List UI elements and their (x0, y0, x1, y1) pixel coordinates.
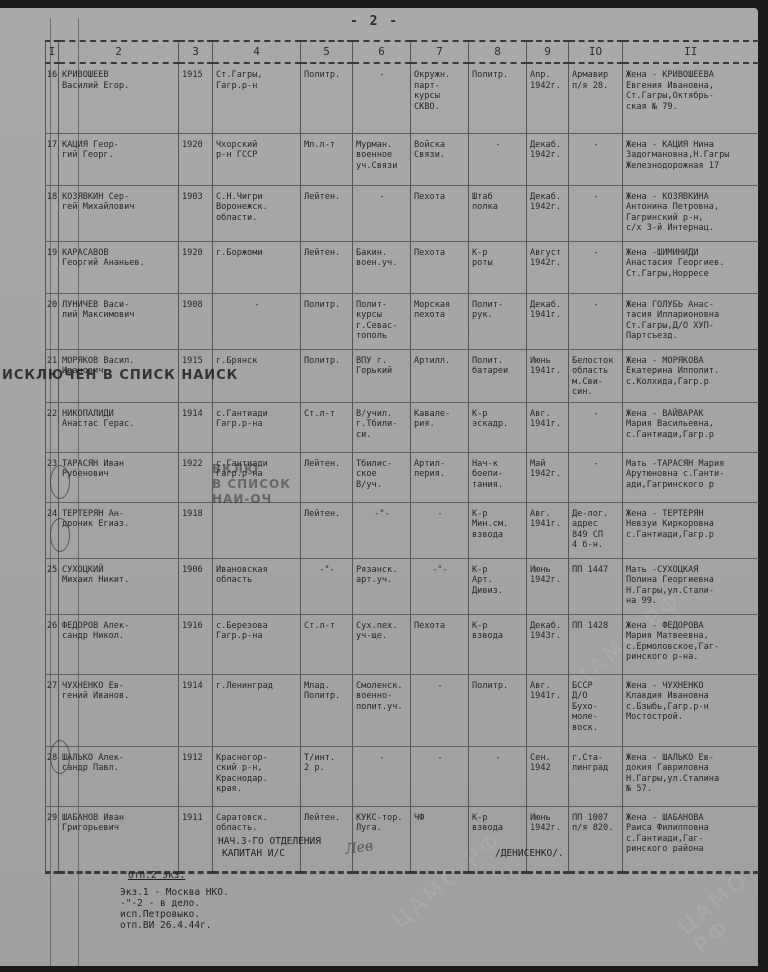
birth-year: 1920 (179, 241, 213, 293)
full-name: КРИВОШЕЕВ Василий Егор. (59, 63, 179, 133)
row-number: 17 (46, 133, 59, 185)
education: Рязанск. арт.уч. (353, 558, 411, 614)
included-stamp: ВКЛЮ В СПИСОК НАИ-ОЧ (212, 462, 291, 507)
row-number: 27 (46, 674, 59, 746)
rank: Ст.л-т (301, 402, 353, 452)
position: Нач-к боепи- тания. (469, 452, 527, 502)
birthplace: С.Н.Чигри Воронежск. области. (213, 185, 301, 241)
education: Тбилис- ское В/уч. (353, 452, 411, 502)
family-contact: Жена - ШАЛЬКО Ев- докия Гавриловна Н.Гаг… (623, 746, 759, 806)
full-name: КАРАСАВОВ Георгий Ананьев. (59, 241, 179, 293)
circle-mark (50, 740, 70, 774)
education: Смоленск. военно- полит.уч. (353, 674, 411, 746)
service-branch: Морская пехота (411, 293, 469, 349)
education: В/учил. г.Тбили- си. (353, 402, 411, 452)
family-contact: Жена - КОЗЯВКИНА Антонина Петровна, Гагр… (623, 185, 759, 241)
col-header: 4 (213, 41, 301, 63)
birthplace: г.Ленинград (213, 674, 301, 746)
family-contact: Жена -ШИМИНИДИ Анастасия Георгиев. Ст.Га… (623, 241, 759, 293)
birthplace: с.Березова Гагр.р-на (213, 614, 301, 674)
education: Мурман. военное уч.Связи (353, 133, 411, 185)
family-contact: Жена - ЧУХНЕНКО Клавдия Ивановна с.Бзыбь… (623, 674, 759, 746)
birthplace (213, 502, 301, 558)
col-header: 3 (179, 41, 213, 63)
position-line-1: НАЧ.3-ГО ОТДЕЛЕНИЯ (218, 836, 321, 847)
full-name: ШАБАНОВ Иван Григорьевич (59, 806, 179, 872)
date: Июнь 1942г. (527, 558, 569, 614)
education: - (353, 746, 411, 806)
service-branch: Кавале- рия. (411, 402, 469, 452)
col-header: II (623, 41, 759, 63)
family-contact: Жена - КАЦИЯ Нина Задогмановна,Н.Гагры Ж… (623, 133, 759, 185)
last-location: - (569, 133, 623, 185)
last-location: ПП 1428 (569, 614, 623, 674)
service-branch: Пехота (411, 614, 469, 674)
position: Политр. (469, 674, 527, 746)
birth-year: 1911 (179, 806, 213, 872)
last-location: - (569, 293, 623, 349)
rank: Лейтен. (301, 241, 353, 293)
birth-year: 1908 (179, 293, 213, 349)
birth-year: 1903 (179, 185, 213, 241)
position: - (469, 133, 527, 185)
col-header: 7 (411, 41, 469, 63)
table-row: 28ШАЛЬКО Алек- сандр Павл.1912Красногор-… (46, 746, 759, 806)
last-location: БССР Д/О Бухо- моле- воск. (569, 674, 623, 746)
birthplace: с.Гантиади Гагр.р-на (213, 402, 301, 452)
rank: Ст.л-т (301, 614, 353, 674)
table-row: 17КАЦИЯ Геор- гий Георг.1920Чхорский р-н… (46, 133, 759, 185)
circle-mark (50, 465, 70, 499)
birth-year: 1915 (179, 63, 213, 133)
rank: Лейтен. (301, 502, 353, 558)
education: Полит- курсы г.Севас- тополь (353, 293, 411, 349)
col-header: 6 (353, 41, 411, 63)
excluded-stamp: ИСКЛЮЧЕН В СПИСК НАИСК (2, 368, 238, 383)
service-branch: ЧФ (411, 806, 469, 872)
birth-year: 1918 (179, 502, 213, 558)
birth-year: 1920 (179, 133, 213, 185)
copies-distribution: Экз.1 - Москва НКО. -"-2 - в дело. исп.П… (120, 887, 229, 931)
last-location: Армавир п/я 28. (569, 63, 623, 133)
last-location: - (569, 185, 623, 241)
table-row: 24ТЕРТЕРЯН Ан- дроник Егиаз.1918Лейтен.-… (46, 502, 759, 558)
position: Полит- рук. (469, 293, 527, 349)
service-branch: Артилл. (411, 349, 469, 402)
birthplace: Красногор- ский р-н, Краснодар. края. (213, 746, 301, 806)
full-name: ТАРАСЯН Иван Рубенович (59, 452, 179, 502)
birth-year: 1916 (179, 614, 213, 674)
position-line-2: КАПИТАН И/С (222, 848, 285, 859)
position: Штаб полка (469, 185, 527, 241)
birthplace: Ивановская область (213, 558, 301, 614)
full-name: КАЦИЯ Геор- гий Георг. (59, 133, 179, 185)
birthplace: Чхорский р-н ГССР (213, 133, 301, 185)
page-number: - 2 - (350, 14, 399, 29)
date: Июнь 1942г. (527, 806, 569, 872)
table-row: 19КАРАСАВОВ Георгий Ананьев.1920г.Боржом… (46, 241, 759, 293)
rank: Политр. (301, 349, 353, 402)
last-location: - (569, 402, 623, 452)
position: - (469, 746, 527, 806)
row-number: 19 (46, 241, 59, 293)
position: К-р эскадр. (469, 402, 527, 452)
date: Авг. 1941г. (527, 402, 569, 452)
watermark: ЦАМО РФ (674, 867, 768, 960)
family-contact: Жена - КРИВОШЕЕВА Евгения Ивановна, Ст.Г… (623, 63, 759, 133)
personnel-register-table: I 2 3 4 5 6 7 8 9 IO II 16КРИВОШЕЕВ Васи… (45, 40, 759, 874)
education: -"- (353, 502, 411, 558)
rank: Млад. Политр. (301, 674, 353, 746)
full-name: ТЕРТЕРЯН Ан- дроник Егиаз. (59, 502, 179, 558)
last-location: г.Ста- линград (569, 746, 623, 806)
date: Апр. 1942г. (527, 63, 569, 133)
position: К-р Арт. Дивиз. (469, 558, 527, 614)
service-branch: Войска Связи. (411, 133, 469, 185)
service-branch: Пехота (411, 185, 469, 241)
birth-year: 1914 (179, 402, 213, 452)
birth-year: 1912 (179, 746, 213, 806)
last-location: - (569, 452, 623, 502)
row-number: 20 (46, 293, 59, 349)
date: Май 1942г. (527, 452, 569, 502)
rank: Мл.л-т (301, 133, 353, 185)
family-contact: Жена - ВАЙВАРАК Мария Васильевна, с.Гант… (623, 402, 759, 452)
education: ВПУ г. Горький (353, 349, 411, 402)
full-name: СУХОЦКИЙ Михаил Никит. (59, 558, 179, 614)
education: Бакин. воен.уч. (353, 241, 411, 293)
date: Июнь 1941г. (527, 349, 569, 402)
education: - (353, 63, 411, 133)
table-row: 27ЧУХНЕНКО Ев- гений Иванов.1914г.Ленинг… (46, 674, 759, 746)
last-location: Белосток область м.Сви- син. (569, 349, 623, 402)
date: Авг. 1941г. (527, 674, 569, 746)
col-header: 2 (59, 41, 179, 63)
copies-title: Отп.2 экз. (128, 870, 185, 881)
row-number: 18 (46, 185, 59, 241)
col-header: 9 (527, 41, 569, 63)
rank: -"- (301, 558, 353, 614)
row-number: 29 (46, 806, 59, 872)
birthplace: г.Боржоми (213, 241, 301, 293)
family-contact: Мать -ТАРАСЯН Мария Арутюновна с.Ганти- … (623, 452, 759, 502)
full-name: НИКОПАЛИДИ Анастас Герас. (59, 402, 179, 452)
full-name: КОЗЯВКИН Сер- гей Михайлович (59, 185, 179, 241)
service-branch: - (411, 674, 469, 746)
family-contact: Жена - ТЕРТЕРЯН Невзуи Киркоровна с.Гант… (623, 502, 759, 558)
date: Сен. 1942 (527, 746, 569, 806)
service-branch: -"- (411, 558, 469, 614)
header-row: I 2 3 4 5 6 7 8 9 IO II (46, 41, 759, 63)
circle-mark (50, 518, 70, 552)
table-row: 18КОЗЯВКИН Сер- гей Михайлович1903С.Н.Чи… (46, 185, 759, 241)
service-branch: - (411, 746, 469, 806)
birth-year: 1914 (179, 674, 213, 746)
table-row: 29ШАБАНОВ Иван Григорьевич1911Саратовск.… (46, 806, 759, 872)
service-branch: Пехота (411, 241, 469, 293)
table-row: 23ТАРАСЯН Иван Рубенович1922с.Гантиади Г… (46, 452, 759, 502)
family-contact: Мать -СУХОЦКАЯ Полина Георгиевна Н.Гагры… (623, 558, 759, 614)
service-branch: Окружн. парт- курсы СКВО. (411, 63, 469, 133)
date: Авг. 1941г. (527, 502, 569, 558)
family-contact: Жена - ФЕДОРОВА Мария Матвеевна, с.Ермол… (623, 614, 759, 674)
row-number: 25 (46, 558, 59, 614)
position: Политр. (469, 63, 527, 133)
table-row: 22НИКОПАЛИДИ Анастас Герас.1914с.Гантиад… (46, 402, 759, 452)
last-location: Де-лог. адрес 849 СП 4 б-н. (569, 502, 623, 558)
rank: Т/инт. 2 р. (301, 746, 353, 806)
position: К-р взвода (469, 614, 527, 674)
full-name: ЧУХНЕНКО Ев- гений Иванов. (59, 674, 179, 746)
table-row: 16КРИВОШЕЕВ Василий Егор.1915Ст.Гагры, Г… (46, 63, 759, 133)
family-contact: Жена - МОРЯКОВА Екатерина Ипполит. с.Кол… (623, 349, 759, 402)
date: Август 1942г. (527, 241, 569, 293)
signatory-name: /ДЕНИСЕНКО/. (495, 848, 564, 859)
birth-year: 1922 (179, 452, 213, 502)
full-name: ФЕДОРОВ Алек- сандр Никол. (59, 614, 179, 674)
col-header: 8 (469, 41, 527, 63)
date: Декаб. 1943г. (527, 614, 569, 674)
table-row: 20ЛУНИЧЕВ Васи- лий Максимович1908-Полит… (46, 293, 759, 349)
col-header: 5 (301, 41, 353, 63)
date: Декаб. 1942г. (527, 133, 569, 185)
position: К-р роты (469, 241, 527, 293)
last-location: ПП 1447 (569, 558, 623, 614)
col-header: I (46, 41, 59, 63)
position: Полит. батареи (469, 349, 527, 402)
last-location: - (569, 241, 623, 293)
col-header: IO (569, 41, 623, 63)
birthplace: - (213, 293, 301, 349)
rank: Политр. (301, 63, 353, 133)
family-contact: Жена - ШАБАНОВА Раиса Филипповна с.Ганти… (623, 806, 759, 872)
table-row: 25СУХОЦКИЙ Михаил Никит.1906Ивановская о… (46, 558, 759, 614)
full-name: ЛУНИЧЕВ Васи- лий Максимович (59, 293, 179, 349)
education: - (353, 185, 411, 241)
position: К-р Мин.см. взвода (469, 502, 527, 558)
full-name: ШАЛЬКО Алек- сандр Павл. (59, 746, 179, 806)
last-location: ПП 1007 п/я 820. (569, 806, 623, 872)
rank: Лейтен. (301, 185, 353, 241)
birthplace: Ст.Гагры, Гагр.р-н (213, 63, 301, 133)
rank: Лейтен. (301, 452, 353, 502)
row-number: 16 (46, 63, 59, 133)
table-row: 26ФЕДОРОВ Алек- сандр Никол.1916с.Березо… (46, 614, 759, 674)
education: Сух.пех. уч-ще. (353, 614, 411, 674)
date: Декаб. 1941г. (527, 293, 569, 349)
birth-year: 1906 (179, 558, 213, 614)
position: К-р взвода (469, 806, 527, 872)
family-contact: Жена ГОЛУБЬ Анас- тасия Илларионовна Ст.… (623, 293, 759, 349)
row-number: 26 (46, 614, 59, 674)
service-branch: - (411, 502, 469, 558)
date: Декаб. 1942г. (527, 185, 569, 241)
row-number: 22 (46, 402, 59, 452)
rank: Политр. (301, 293, 353, 349)
service-branch: Артил- лерия. (411, 452, 469, 502)
